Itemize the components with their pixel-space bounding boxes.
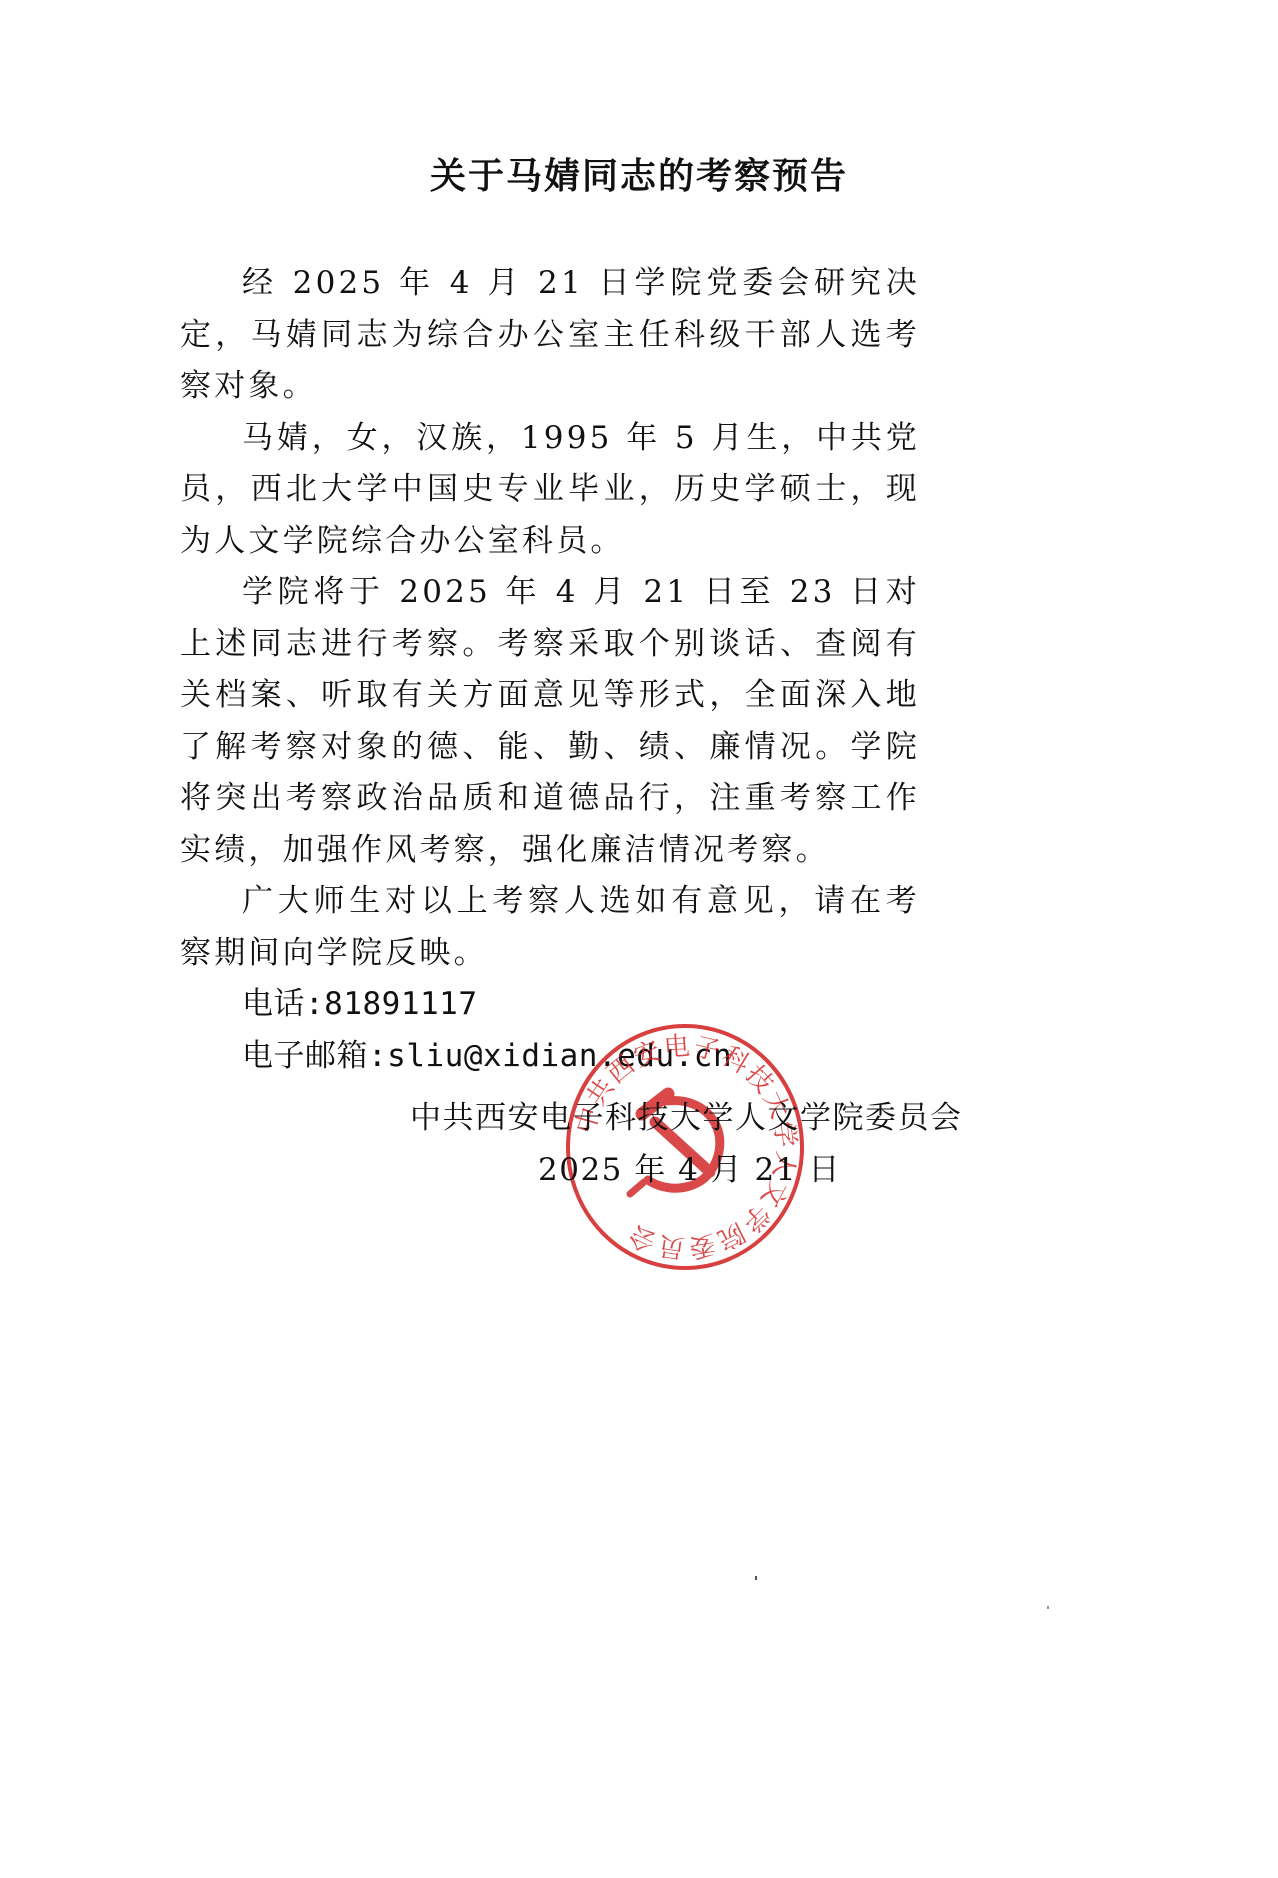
scan-speck [755,1576,757,1580]
phone-number: 81891117 [324,986,477,1022]
paragraph-inspection-plan: 学院将于 2025 年 4 月 21 日至 23 日对上述同志进行考察。考察采取… [180,567,920,876]
signature-block: 中共西安电子科技大学人文学院委员会 2025 年 4 月 21 日 [410,1092,910,1137]
paragraph-candidate-profile: 马婧，女，汉族，1995 年 5 月生，中共党员，西北大学中国史专业毕业，历史学… [180,413,920,568]
paragraph-feedback-request: 广大师生对以上考察人选如有意见，请在考察期间向学院反映。 [180,876,920,979]
document-body: 经 2025 年 4 月 21 日学院党委会研究决定，马婧同志为综合办公室主任科… [180,258,920,1082]
email-label: 电子邮箱: [242,1038,387,1074]
contact-phone: 电话:81891117 [180,979,920,1031]
signing-date: 2025 年 4 月 21 日 [538,1144,841,1189]
email-address: sliu@xidian.edu.cn [387,1038,732,1074]
signing-organization: 中共西安电子科技大学人文学院委员会 [410,1092,910,1137]
document-title: 关于马婧同志的考察预告 [0,148,1278,199]
contact-email: 电子邮箱:sliu@xidian.edu.cn [180,1031,920,1083]
phone-label: 电话: [242,986,324,1022]
paragraph-decision: 经 2025 年 4 月 21 日学院党委会研究决定，马婧同志为综合办公室主任科… [180,258,920,413]
document-page: 关于马婧同志的考察预告 经 2025 年 4 月 21 日学院党委会研究决定，马… [0,0,1278,1878]
scan-speck [1047,1606,1049,1609]
